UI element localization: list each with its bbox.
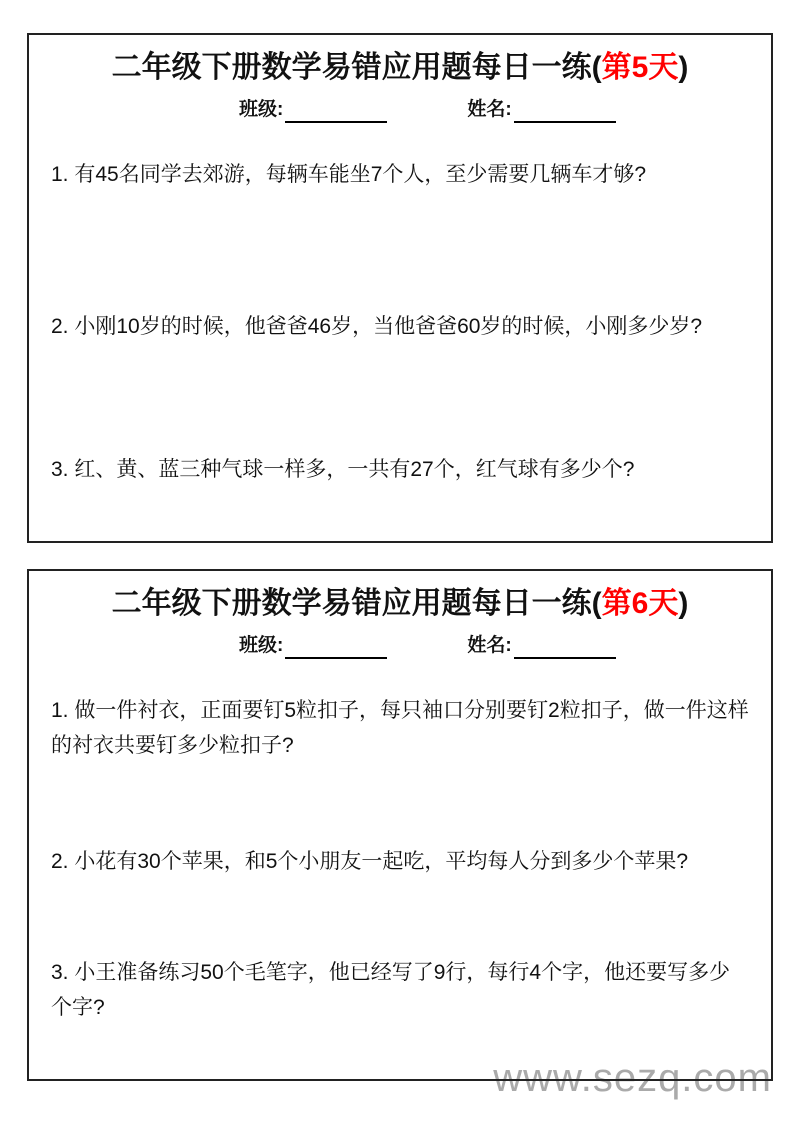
worksheet-title: 二年级下册数学易错应用题每日一练(第5天) (29, 49, 771, 87)
worksheet-title: 二年级下册数学易错应用题每日一练(第6天) (29, 585, 771, 623)
problem-item: 2. 小花有30个苹果，和5个小朋友一起吃，平均每人分到多少个苹果? (51, 844, 749, 879)
worksheet-title-text: 二年级下册数学易错应用题每日一练 (112, 51, 592, 84)
problem-item: 3. 红、黄、蓝三种气球一样多，一共有27个，红气球有多少个? (51, 452, 749, 487)
paren-close: ) (678, 587, 688, 620)
class-blank-line (285, 100, 387, 123)
name-field: 姓名: (467, 633, 615, 659)
paren-close: ) (678, 51, 688, 84)
worksheet-box-day6: 二年级下册数学易错应用题每日一练(第6天) 班级: 姓名: 1. 做一件衬衣，正… (27, 569, 773, 1081)
name-blank-line (514, 100, 616, 123)
name-blank-line (514, 636, 616, 659)
class-label: 班级: (239, 97, 283, 123)
problem-item: 3. 小王准备练习50个毛笔字，他已经写了9行，每行4个字，他还要写多少个字? (51, 955, 749, 1025)
worksheet-title-text: 二年级下册数学易错应用题每日一练 (112, 587, 592, 620)
paren-open: ( (592, 587, 602, 620)
class-label: 班级: (239, 633, 283, 659)
class-blank-line (285, 636, 387, 659)
class-field: 班级: (239, 633, 387, 659)
day-badge: 第6天 (602, 587, 679, 620)
name-label: 姓名: (467, 97, 511, 123)
class-name-row: 班级: 姓名: (239, 633, 771, 659)
problem-list: 1. 有45名同学去郊游，每辆车能坐7个人，至少需要几辆车才够? 2. 小刚10… (51, 157, 749, 487)
day-badge: 第5天 (602, 51, 679, 84)
class-field: 班级: (239, 97, 387, 123)
name-label: 姓名: (467, 633, 511, 659)
problem-list: 1. 做一件衬衣，正面要钉5粒扣子，每只袖口分别要钉2粒扣子，做一件这样的衬衣共… (51, 693, 749, 1025)
paren-open: ( (592, 51, 602, 84)
problem-item: 1. 有45名同学去郊游，每辆车能坐7个人，至少需要几辆车才够? (51, 157, 749, 192)
name-field: 姓名: (467, 97, 615, 123)
worksheet-box-day5: 二年级下册数学易错应用题每日一练(第5天) 班级: 姓名: 1. 有45名同学去… (27, 33, 773, 543)
problem-item: 1. 做一件衬衣，正面要钉5粒扣子，每只袖口分别要钉2粒扣子，做一件这样的衬衣共… (51, 693, 749, 763)
problem-item: 2. 小刚10岁的时候，他爸爸46岁，当他爸爸60岁的时候，小刚多少岁? (51, 309, 749, 344)
class-name-row: 班级: 姓名: (239, 97, 771, 123)
